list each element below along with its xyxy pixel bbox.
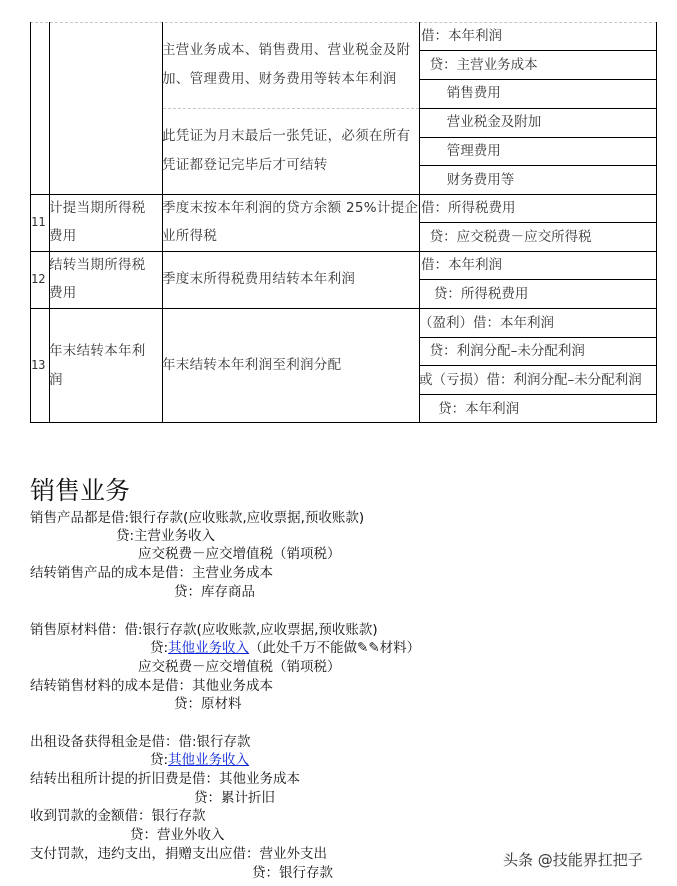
credit-prefix: 贷: [150,752,168,768]
text-line: 贷：原材料 [174,695,242,713]
other-business-income-link[interactable]: 其他业务收入 [168,640,249,656]
text-line-with-link: 贷:其他业务收入 [150,751,249,769]
table-top-dashed-border [30,22,657,23]
text-line: 贷：库存商品 [174,583,255,601]
journal-entry-table: 主营业务成本、销售费用、营业税金及附 加、管理费用、财务费用等转本年利润 此凭证… [0,0,677,430]
row-desc: 主营业务成本、销售费用、营业税金及附 [162,36,410,65]
text-line: 支付罚款，违约支出，捐赠支出应借：营业外支出 [30,845,327,863]
row-number: 11 [31,215,45,229]
row-desc: 季度末按本年利润的贷方余额 25%计提企 [162,194,418,223]
row-item: 年末结转本年利 [49,337,146,366]
row-desc: 季度末所得税费用结转本年利润 [162,265,355,294]
row-desc: 加、管理费用、财务费用等转本年利润 [162,65,397,94]
text-line: 结转销售产品的成本是借：主营业务成本 [30,564,273,582]
note-text: （此处千万不能做✎✎材料） [249,640,420,656]
text-line: 结转销售材料的成本是借：其他业务成本 [30,677,273,695]
text-line: 出租设备获得租金是借：借:银行存款 [30,733,251,751]
entry-debit: 借：本年利润 [421,251,502,279]
entry-credit: 销售费用 [421,79,501,107]
entry-credit: 营业税金及附加 [421,108,541,136]
text-line: 应交税费－应交增值税（销项税） [138,545,341,563]
entry-credit: 贷：应交税费－应交所得税 [421,223,592,251]
row-desc-note: 此凭证为月末最后一张凭证，必须在所有 [162,122,410,151]
entry-debit: （盈利）借：本年利润 [419,309,554,337]
row-desc-note: 凭证都登记完毕后才可结转 [162,151,328,180]
row-desc: 业所得税 [162,222,217,251]
text-line: 收到罚款的金额借：银行存款 [30,807,206,825]
text-line: 应交税费－应交增值税（销项税） [138,658,341,676]
entry-credit: 管理费用 [421,137,501,165]
entry-credit: 贷：利润分配–未分配利润 [421,337,585,365]
row-desc: 年末结转本年利润至利润分配 [162,351,341,380]
text-line: 销售原材料借：借:银行存款(应收账款,应收票据,预收账款) [30,621,378,639]
row-item: 费用 [49,222,77,251]
entry-credit: 贷：主营业务成本 [421,51,538,79]
entry-credit: 贷：所得税费用 [421,280,528,308]
table-row-line [30,308,657,309]
watermark: 头条 @技能界扛把子 [503,849,643,870]
text-line: 贷：银行存款 [252,864,333,882]
row-item: 润 [49,366,63,395]
entry-debit-alt: 或（亏损）借：利润分配–未分配利润 [419,366,642,394]
credit-prefix: 贷: [150,640,168,656]
desc-dashed-divider [163,108,419,109]
text-line: 贷：累计折旧 [194,789,275,807]
entry-debit: 借：本年利润 [421,22,502,50]
text-line-with-link: 贷:其他业务收入（此处千万不能做✎✎材料） [150,639,420,657]
entry-credit: 贷：本年利润 [421,395,519,423]
text-line: 贷:主营业务收入 [116,527,215,545]
row-number: 13 [31,358,45,372]
row-number: 12 [31,272,45,286]
table-border-bottom [30,422,657,423]
text-line: 销售产品都是借:银行存款(应收账款,应收票据,预收账款) [30,509,364,527]
row-item: 费用 [49,279,77,308]
entry-credit: 财务费用等 [421,166,514,194]
row-item: 计提当期所得税 [49,194,146,223]
entry-debit: 借：所得税费用 [421,194,516,222]
text-line: 结转出租所计提的折旧费是借：其他业务成本 [30,770,300,788]
section-title: 销售业务 [30,471,130,507]
row-item: 结转当期所得税 [49,251,146,280]
text-line: 贷：营业外收入 [130,826,225,844]
other-business-income-link[interactable]: 其他业务收入 [168,752,249,768]
